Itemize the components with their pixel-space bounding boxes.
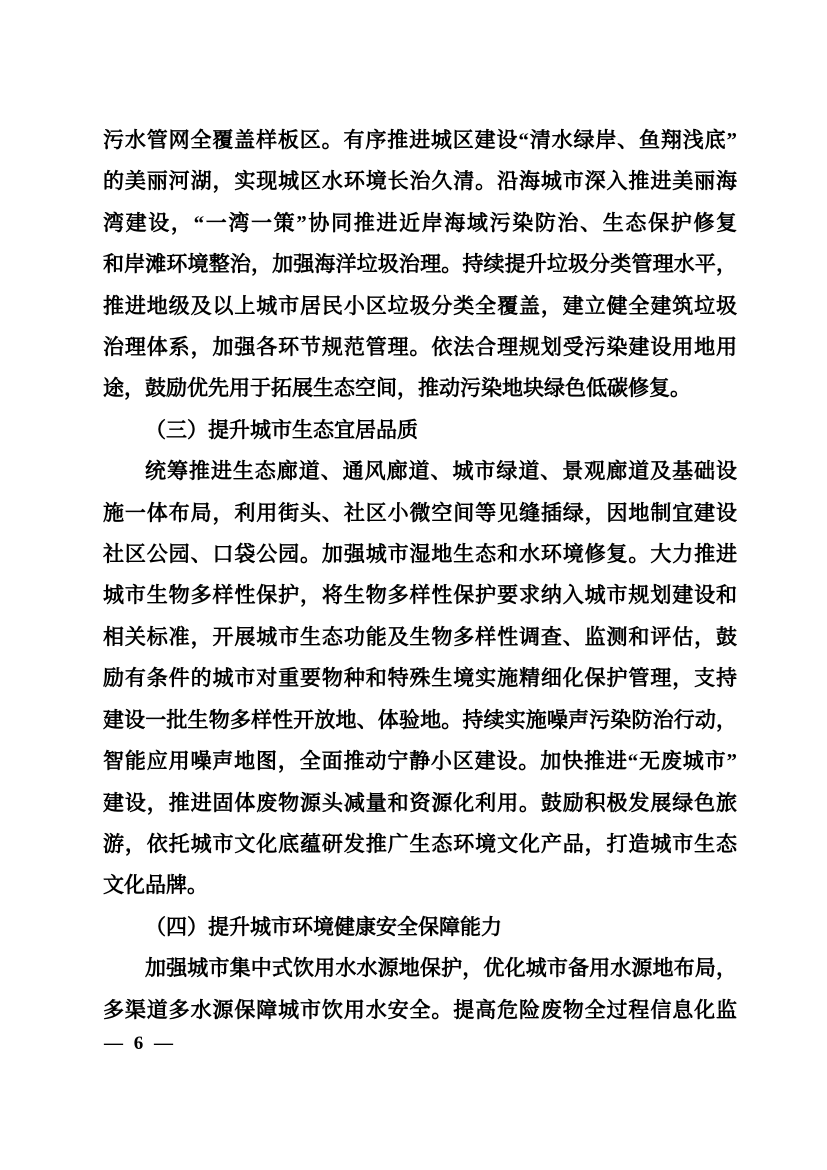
text-line: 统筹推进生态廊道、通风廊道、城市绿道、景观廊道及基础设 <box>103 451 737 492</box>
section-heading-3: （三）提升城市生态宜居品质 <box>103 410 737 451</box>
text-line: 相关标准，开展城市生态功能及生物多样性调查、监测和评估，鼓 <box>103 617 737 658</box>
text-line: 多渠道多水源保障城市饮用水安全。提高危险废物全过程信息化监 <box>103 990 737 1031</box>
text-line: 的美丽河湖，实现城区水环境长治久清。沿海城市深入推进美丽海 <box>103 161 737 202</box>
text-line: 治理体系，加强各环节规范管理。依法合理规划受污染建设用地用 <box>103 327 737 368</box>
page-body: 污水管网全覆盖样板区。有序推进城区建设“清水绿岸、鱼翔浅底” 的美丽河湖，实现城… <box>103 120 737 1031</box>
document-page: 污水管网全覆盖样板区。有序推进城区建设“清水绿岸、鱼翔浅底” 的美丽河湖，实现城… <box>0 0 827 1170</box>
text-line: 和岸滩环境整治，加强海洋垃圾治理。持续提升垃圾分类管理水平， <box>103 244 737 285</box>
text-line: 城市生物多样性保护，将生物多样性保护要求纳入城市规划建设和 <box>103 575 737 616</box>
text-line: 智能应用噪声地图，全面推动宁静小区建设。加快推进“无废城市” <box>103 741 737 782</box>
text-line: 途，鼓励优先用于拓展生态空间，推动污染地块绿色低碳修复。 <box>103 368 737 409</box>
text-line: 社区公园、口袋公园。加强城市湿地生态和水环境修复。大力推进 <box>103 534 737 575</box>
section-heading-4: （四）提升城市环境健康安全保障能力 <box>103 907 737 948</box>
page-number: — 6 — <box>104 1033 176 1055</box>
text-line: 加强城市集中式饮用水水源地保护，优化城市备用水源地布局， <box>103 948 737 989</box>
text-line: 污水管网全覆盖样板区。有序推进城区建设“清水绿岸、鱼翔浅底” <box>103 120 737 161</box>
text-line: 推进地级及以上城市居民小区垃圾分类全覆盖，建立健全建筑垃圾 <box>103 286 737 327</box>
text-line: 建设一批生物多样性开放地、体验地。持续实施噪声污染防治行动， <box>103 700 737 741</box>
text-line: 文化品牌。 <box>103 865 737 906</box>
text-line: 励有条件的城市对重要物种和特殊生境实施精细化保护管理，支持 <box>103 658 737 699</box>
text-line: 游，依托城市文化底蕴研发推广生态环境文化产品，打造城市生态 <box>103 824 737 865</box>
paragraph-section-3: 统筹推进生态廊道、通风廊道、城市绿道、景观廊道及基础设 施一体布局，利用街头、社… <box>103 451 737 906</box>
text-line: 湾建设，“一湾一策”协同推进近岸海域污染防治、生态保护修复 <box>103 203 737 244</box>
text-line: 施一体布局，利用街头、社区小微空间等见缝插绿，因地制宜建设 <box>103 493 737 534</box>
paragraph-continuation: 污水管网全覆盖样板区。有序推进城区建设“清水绿岸、鱼翔浅底” 的美丽河湖，实现城… <box>103 120 737 410</box>
text-line: 建设，推进固体废物源头减量和资源化利用。鼓励积极发展绿色旅 <box>103 783 737 824</box>
paragraph-section-4: 加强城市集中式饮用水水源地保护，优化城市备用水源地布局， 多渠道多水源保障城市饮… <box>103 948 737 1031</box>
